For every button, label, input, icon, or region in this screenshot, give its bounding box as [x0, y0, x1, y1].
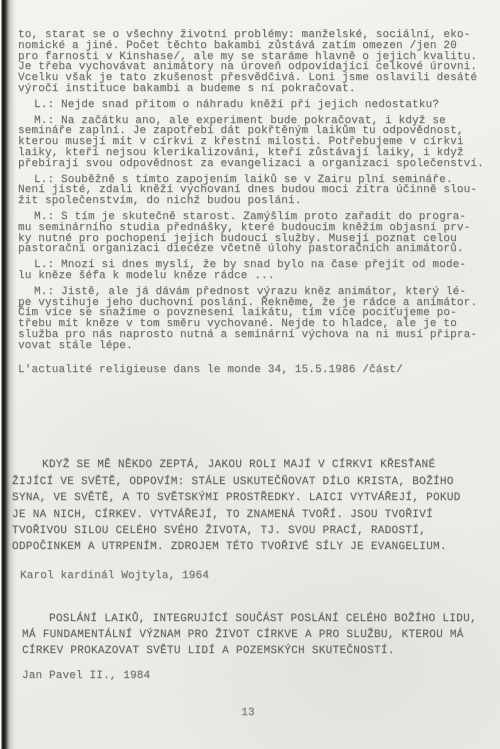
dialogue-paragraph-m: M.: Na začátku ano, ale experiment bude …	[18, 116, 495, 170]
source-citation: L'actualité religieuse dans le monde 34,…	[18, 365, 495, 376]
quote-jan-pavel: POSLÁNÍ LAIKŮ, INTEGRUJÍCÍ SOUČÁST POSLÁ…	[22, 611, 495, 660]
dialogue-paragraph-m: M.: S tím je skutečně starost. Zamýšlím …	[18, 212, 495, 255]
dialogue-paragraph-l: L.: Souběžně s tímto zapojením laiků se …	[18, 175, 495, 207]
binding-edge-shadow	[0, 0, 16, 749]
quote-wojtyla: KDYŽ SE MĚ NĚKDO ZEPTÁ, JAKOU ROLI MAJÍ …	[12, 457, 495, 555]
page-number: 13	[18, 708, 478, 719]
dialogue-paragraph-l: L.: Mnozí si dnes myslí, že by snad bylo…	[18, 260, 495, 282]
body-paragraph: to, starat se o všechny životní problémy…	[18, 30, 495, 95]
page-content: to, starat se o všechny životní problémy…	[18, 30, 495, 718]
quote-attribution-wojtyla: Karol kardinál Wojtyla, 1964	[20, 571, 495, 582]
dialogue-paragraph-m: M.: Jistě, ale já dávám přednost výrazu …	[18, 287, 495, 352]
dialogue-paragraph-l: L.: Nejde snad přitom o náhradu kněží př…	[18, 100, 495, 111]
quote-attribution-jan-pavel: Jan Pavel II., 1984	[22, 671, 495, 682]
scanned-page: to, starat se o všechny životní problémy…	[0, 0, 500, 749]
